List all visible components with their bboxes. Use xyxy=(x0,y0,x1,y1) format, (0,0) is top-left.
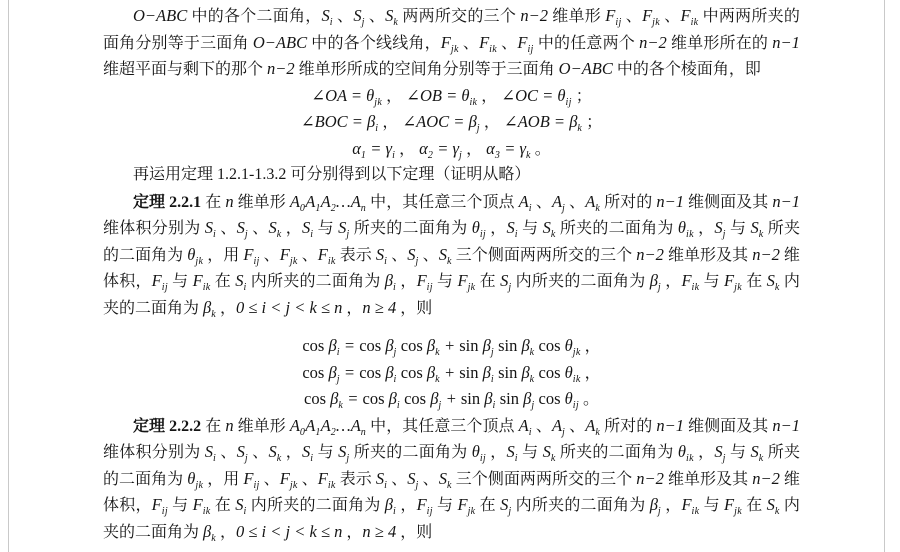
math-expression: cos βj = cos βi cos βk + sin βi sin βk c… xyxy=(302,363,580,382)
math-expression: cos βi = cos βj cos βk + sin βj sin βk c… xyxy=(302,336,580,355)
math-expression: Ai xyxy=(519,416,532,435)
math-expression: A0A1A2…An xyxy=(290,192,366,211)
math-expression: n−1 xyxy=(656,192,684,211)
paragraph-line: O−ABC 中的各个二面角，Si 、Sj 、Sk 两两所交的三个 n−2 维单形… xyxy=(103,3,800,30)
math-expression: n−2 xyxy=(752,245,780,264)
math-expression: Fij xyxy=(243,245,259,264)
equation-line: cos βi = cos βj cos βk + sin βj sin βk c… xyxy=(103,333,800,360)
paragraph-line: 再运用定理 1.2.1-1.3.2 可分别得到以下定理（证明从略） xyxy=(103,162,800,189)
math-expression: θik xyxy=(678,442,694,461)
math-expression: ∠AOB = βk xyxy=(504,112,582,131)
paragraph-line: 维超平面与剩下的那个 n−2 维单形所成的空间角分别等于三面角 O−ABC 中的… xyxy=(103,56,800,83)
math-expression: Si xyxy=(376,245,387,264)
equation-line: cos βj = cos βi cos βk + sin βi sin βk c… xyxy=(103,360,800,387)
math-expression: n xyxy=(225,192,233,211)
theorem-line: 定理 2.2.2 在 n 维单形 A0A1A2…An 中，其任意三个顶点 Ai … xyxy=(103,413,800,440)
math-expression: Sk xyxy=(439,469,452,488)
math-expression: θjk xyxy=(187,469,203,488)
paragraph-line: 体积，Fij 与 Fik 在 Si 内所夹的二面角为 βi ，Fij 与 Fjk… xyxy=(103,268,800,295)
math-expression: βj xyxy=(650,495,661,514)
math-expression: βi xyxy=(385,495,396,514)
math-expression: βk xyxy=(203,522,216,541)
math-expression: βj xyxy=(650,271,661,290)
math-expression: Fij xyxy=(605,6,621,25)
math-expression: ∠OC = θij xyxy=(501,86,571,105)
math-expression: Sk xyxy=(767,271,780,290)
math-expression: θij xyxy=(472,218,486,237)
math-expression: n−2 xyxy=(520,6,548,25)
math-expression: Fjk xyxy=(642,6,660,25)
math-expression: Fik xyxy=(479,33,497,52)
math-expression: cos βk = cos βi cos βj + sin βi sin βj c… xyxy=(304,389,579,408)
math-expression: Sj xyxy=(714,218,725,237)
math-expression: Ak xyxy=(585,192,600,211)
math-expression: n ≥ 4 xyxy=(362,522,396,541)
math-expression: Fik xyxy=(318,469,336,488)
paragraph-line: 的二面角为 θjk ，用 Fij 、Fjk 、Fik 表示 Si 、Sj 、Sk… xyxy=(103,242,800,269)
math-expression: θik xyxy=(678,218,694,237)
math-expression: O−ABC xyxy=(559,59,613,78)
math-expression: Sk xyxy=(750,442,763,461)
math-expression: Sj xyxy=(237,442,248,461)
math-expression: Sk xyxy=(439,245,452,264)
math-expression: Fij xyxy=(417,271,433,290)
math-expression: Si xyxy=(235,271,246,290)
math-expression: Si xyxy=(235,495,246,514)
math-expression: Aj xyxy=(552,416,565,435)
math-expression: n−2 xyxy=(752,469,780,488)
math-expression: Si xyxy=(302,218,313,237)
math-expression: ∠OB = θik xyxy=(406,86,477,105)
math-expression: Sk xyxy=(268,218,281,237)
math-expression: n−1 xyxy=(656,416,684,435)
math-expression: Sk xyxy=(268,442,281,461)
equation-line: α1 = γi ， α2 = γj ， α3 = γk 。 xyxy=(103,136,800,163)
math-expression: Si xyxy=(302,442,313,461)
document-text: O−ABC 中的各个二面角，Si 、Sj 、Sk 两两所交的三个 n−2 维单形… xyxy=(103,3,800,545)
math-expression: Sk xyxy=(767,495,780,514)
math-expression: Si xyxy=(205,218,216,237)
math-expression: ∠BOC = βi xyxy=(301,112,379,131)
math-expression: Sj xyxy=(338,442,349,461)
math-expression: Fik xyxy=(318,245,336,264)
math-expression: Sj xyxy=(338,218,349,237)
page-right-border xyxy=(884,0,885,552)
math-expression: n−2 xyxy=(267,59,295,78)
paragraph-line: 夹的二面角为 βk ，0 ≤ i < j < k ≤ n ，n ≥ 4 ，则 xyxy=(103,295,800,322)
math-expression: Fjk xyxy=(280,469,298,488)
math-expression: n−2 xyxy=(636,469,664,488)
math-expression: Aj xyxy=(552,192,565,211)
math-expression: O−ABC xyxy=(133,6,187,25)
math-expression: Sj xyxy=(353,6,364,25)
math-expression: Si xyxy=(507,218,518,237)
math-expression: 0 ≤ i < j < k ≤ n xyxy=(236,522,342,541)
math-expression: n−2 xyxy=(639,33,667,52)
math-expression: Si xyxy=(205,442,216,461)
math-expression: A0A1A2…An xyxy=(290,416,366,435)
equation-line: ∠BOC = βi ， ∠AOC = βj ， ∠AOB = βk ； xyxy=(103,109,800,136)
math-expression: Fjk xyxy=(441,33,459,52)
paragraph-line: 维体积分别为 Si 、Sj 、Sk ，Si 与 Sj 所夹的二面角为 θij ，… xyxy=(103,215,800,242)
math-expression: α2 = γj xyxy=(419,139,462,158)
math-expression: n xyxy=(225,416,233,435)
math-expression: Fij xyxy=(417,495,433,514)
math-expression: n ≥ 4 xyxy=(362,298,396,317)
math-expression: Fij xyxy=(152,271,168,290)
math-expression: Sk xyxy=(543,218,556,237)
math-expression: Fjk xyxy=(724,495,742,514)
math-expression: Fij xyxy=(243,469,259,488)
math-expression: n−1 xyxy=(772,192,800,211)
math-expression: Fik xyxy=(681,271,699,290)
document-page: O−ABC 中的各个二面角，Si 、Sj 、Sk 两两所交的三个 n−2 维单形… xyxy=(0,0,900,552)
math-expression: Sk xyxy=(385,6,398,25)
page-left-border xyxy=(8,0,9,552)
math-expression: O−ABC xyxy=(253,33,307,52)
math-expression: Fij xyxy=(517,33,533,52)
math-expression: α3 = γk xyxy=(486,139,531,158)
math-expression: n−1 xyxy=(772,416,800,435)
math-expression: 0 ≤ i < j < k ≤ n xyxy=(236,298,342,317)
equation-line: cos βk = cos βi cos βj + sin βi sin βj c… xyxy=(103,386,800,413)
math-expression: Si xyxy=(321,6,332,25)
math-expression: Fik xyxy=(193,495,211,514)
math-expression: Si xyxy=(507,442,518,461)
math-expression: Fjk xyxy=(280,245,298,264)
math-expression: Sk xyxy=(543,442,556,461)
equation-line: ∠OA = θjk ， ∠OB = θik ， ∠OC = θij ； xyxy=(103,83,800,110)
math-expression: n−2 xyxy=(636,245,664,264)
math-expression: Fik xyxy=(193,271,211,290)
paragraph-line: 夹的二面角为 βk ，0 ≤ i < j < k ≤ n ，n ≥ 4 ，则 xyxy=(103,519,800,546)
math-expression: Sj xyxy=(500,495,511,514)
math-expression: Fjk xyxy=(458,495,476,514)
math-expression: Fik xyxy=(681,495,699,514)
math-expression: Fjk xyxy=(458,271,476,290)
math-expression: Fij xyxy=(152,495,168,514)
math-expression: Sj xyxy=(237,218,248,237)
math-expression: βk xyxy=(203,298,216,317)
math-expression: ∠AOC = βj xyxy=(402,112,480,131)
math-expression: Sk xyxy=(750,218,763,237)
math-expression: θjk xyxy=(187,245,203,264)
paragraph-line: 的二面角为 θjk ，用 Fij 、Fjk 、Fik 表示 Si 、Sj 、Sk… xyxy=(103,466,800,493)
math-expression: Si xyxy=(376,469,387,488)
math-expression: ∠OA = θjk xyxy=(311,86,382,105)
math-expression: n−1 xyxy=(772,33,800,52)
math-expression: θij xyxy=(472,442,486,461)
paragraph-line: 体积，Fij 与 Fik 在 Si 内所夹的二面角为 βi ，Fij 与 Fjk… xyxy=(103,492,800,519)
math-expression: Ak xyxy=(585,416,600,435)
paragraph-line: 面角分别等于三面角 O−ABC 中的各个线线角，Fjk 、Fik 、Fij 中的… xyxy=(103,30,800,57)
math-expression: Sj xyxy=(407,469,418,488)
math-expression: Ai xyxy=(519,192,532,211)
math-expression: βi xyxy=(385,271,396,290)
paragraph-line: 维体积分别为 Si 、Sj 、Sk ，Si 与 Sj 所夹的二面角为 θij ，… xyxy=(103,439,800,466)
math-expression: α1 = γi xyxy=(352,139,395,158)
math-expression: Fik xyxy=(680,6,698,25)
math-expression: Fjk xyxy=(724,271,742,290)
math-expression: Sj xyxy=(407,245,418,264)
math-expression: Sj xyxy=(714,442,725,461)
math-expression: Sj xyxy=(500,271,511,290)
theorem-line: 定理 2.2.1 在 n 维单形 A0A1A2…An 中，其任意三个顶点 Ai … xyxy=(103,189,800,216)
